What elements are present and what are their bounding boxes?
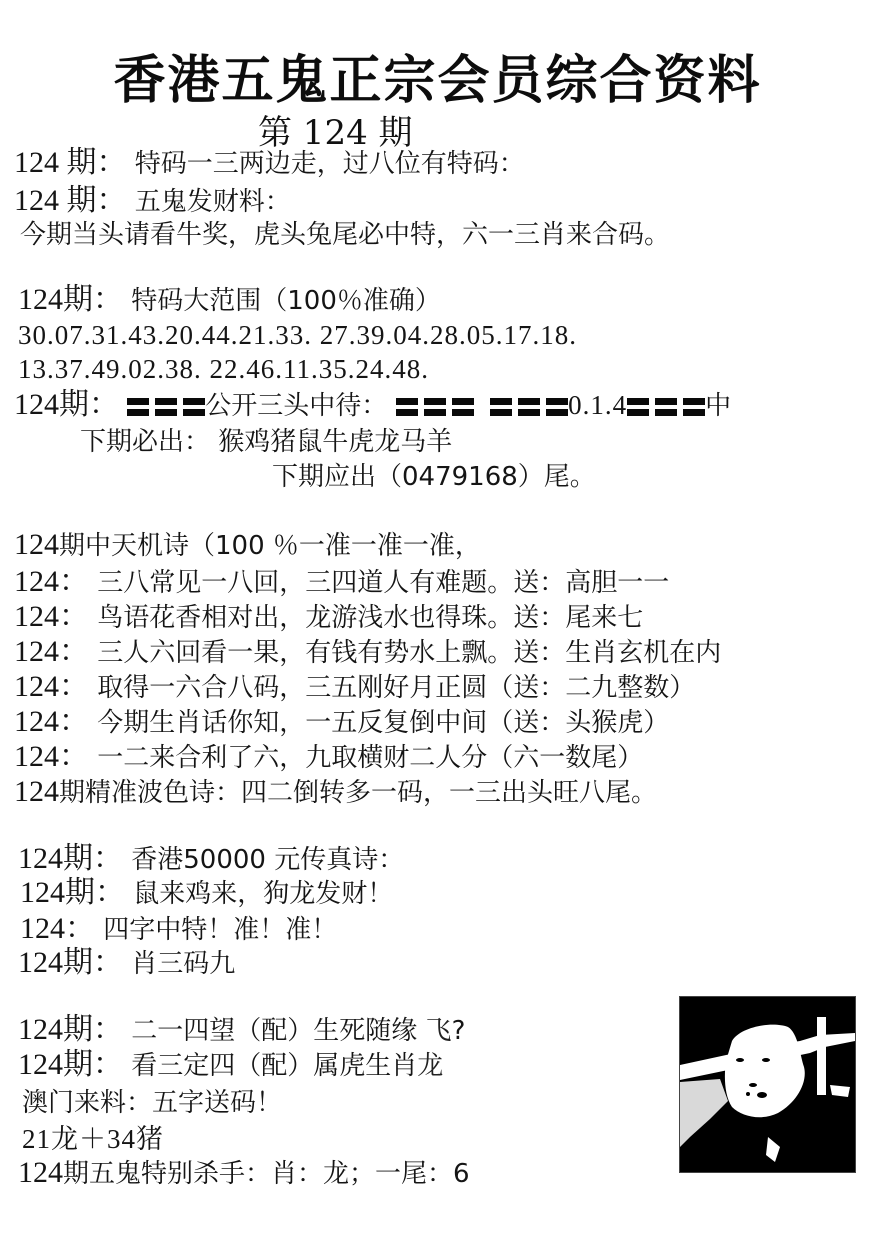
tiger-zodiac-line: 124期： 看三定四（配）属虎生肖龙 bbox=[18, 1048, 443, 1083]
fax-poem-line: 124期： 鼠来鸡来，狗龙发财！ bbox=[20, 876, 393, 911]
zodiac-list: 猴鸡猪鼠牛虎龙马羊 bbox=[218, 427, 452, 457]
line-prefix: 124 bbox=[14, 528, 59, 561]
line-prefix: 124期： bbox=[14, 388, 119, 421]
line-text: 肖三码九 bbox=[131, 949, 235, 979]
line-prefix: 124期： bbox=[18, 1048, 123, 1081]
line-prefix: 124期： bbox=[20, 876, 125, 909]
line-suffix: 中 bbox=[705, 391, 731, 421]
question-mark: ? bbox=[452, 1016, 466, 1046]
wave-color-poem: 124期精准波色诗：四二倒转多一码，一三出头旺八尾。 bbox=[14, 775, 657, 810]
macau-source-line: 澳门来料：五字送码！ bbox=[22, 1086, 282, 1120]
line-prefix: 124 期： bbox=[14, 184, 127, 217]
line-text: 一二来合利了六，九取横财二人分（六一数尾） bbox=[97, 743, 643, 773]
redacted-block-icon bbox=[127, 398, 205, 416]
line-prefix: 124： bbox=[14, 600, 89, 633]
line-prefix: 124期： bbox=[18, 946, 123, 979]
line-text: 二一四望（配）生死随缘 bbox=[131, 1016, 417, 1046]
poem-line: 124： 取得一六合八码，三五刚好月正圆（送：二九整数） bbox=[14, 670, 695, 705]
next-period-must-line: 下期必出： 猴鸡猪鼠牛虎龙马羊 bbox=[80, 425, 452, 459]
poem-line: 124： 今期生肖话你知，一五反复倒中间（送：头猴虎） bbox=[14, 705, 669, 740]
poem-line: 124： 三八常见一八回，三四道人有难题。送：高胆一一 bbox=[14, 565, 669, 600]
line-text: 期五鬼特别杀手：肖：龙；一尾：6 bbox=[63, 1159, 470, 1189]
three-heads-line: 124期： 公开三头中待： 0.1.4中 bbox=[14, 388, 731, 423]
line-text: 取得一六合八码，三五刚好月正圆（送：二九整数） bbox=[97, 673, 695, 703]
special-code-line: 124 期： 特码一三两边走，过八位有特码： bbox=[14, 146, 525, 181]
redacted-block-icon bbox=[490, 398, 568, 416]
line-prefix: 124期： bbox=[18, 842, 123, 875]
line-prefix: 124： bbox=[14, 635, 89, 668]
line-label: 下期必出： bbox=[80, 427, 210, 457]
poem-line: 124： 鸟语花香相对出，龙游浅水也得珠。送：尾来七 bbox=[14, 600, 643, 635]
line-text: 特码大范围（100％准确） bbox=[131, 286, 441, 316]
line-prefix: 124期： bbox=[18, 283, 123, 316]
portrait-photo bbox=[679, 996, 856, 1173]
line-prefix: 124： bbox=[14, 740, 89, 773]
portrait-photo-icon bbox=[680, 997, 855, 1172]
line-text: 期精准波色诗：四二倒转多一码，一三出头旺八尾。 bbox=[59, 778, 657, 808]
redacted-block-icon bbox=[627, 398, 705, 416]
line-text: 三八常见一八回，三四道人有难题。送：高胆一一 bbox=[97, 568, 669, 598]
line-text: 五鬼发财料： bbox=[135, 187, 291, 217]
handwritten-mark: 龙 bbox=[417, 1051, 443, 1081]
five-ghost-line: 124 期： 五鬼发财料： bbox=[14, 184, 291, 219]
line-prefix: 124 bbox=[18, 1156, 63, 1189]
current-period-hint: 今期当头请看牛奖，虎头兔尾必中特，六一三肖来合码。 bbox=[20, 218, 670, 252]
line-text: 特码一三两边走，过八位有特码： bbox=[135, 149, 525, 179]
poem-heading: 124期中天机诗（100 ％一准一准一准， bbox=[14, 528, 481, 563]
line-text: 鼠来鸡来，狗龙发财！ bbox=[133, 879, 393, 909]
line-text: 三人六回看一果，有钱有势水上飘。送：生肖玄机在内 bbox=[97, 638, 721, 668]
numbers-row-2: 13.37.49.02.38. 22.46.11.35.24.48. bbox=[18, 352, 429, 386]
poem-line: 124： 一二来合利了六，九取横财二人分（六一数尾） bbox=[14, 740, 643, 775]
next-period-tail-line: 下期应出（0479168）尾。 bbox=[272, 460, 596, 494]
numbers-row-1: 30.07.31.43.20.44.21.33. 27.39.04.28.05.… bbox=[18, 318, 577, 352]
line-text: 香港50000 元传真诗： bbox=[131, 845, 404, 875]
tail-digits: 0.1.4 bbox=[568, 390, 627, 420]
line-prefix: 124： bbox=[14, 670, 89, 703]
dragon-pig-line: 21龙＋34猪 bbox=[22, 1122, 164, 1156]
line-text: 鸟语花香相对出，龙游浅水也得珠。送：尾来七 bbox=[97, 603, 643, 633]
line-prefix: 124： bbox=[14, 705, 89, 738]
line-prefix: 124 bbox=[14, 775, 59, 808]
line-prefix: 124 期： bbox=[14, 146, 127, 179]
fax-poem-line: 124： 四字中特！准！准！ bbox=[20, 912, 337, 947]
line-text: 公开三头中待： bbox=[205, 391, 387, 421]
fax-poem-heading: 124期： 香港50000 元传真诗： bbox=[18, 842, 404, 877]
document-title: 香港五鬼正宗会员综合资料 bbox=[0, 38, 875, 113]
special-killer-line: 124期五鬼特别杀手：肖：龙；一尾：6 bbox=[18, 1156, 470, 1191]
range-heading: 124期： 特码大范围（100％准确） bbox=[18, 283, 441, 318]
poem-line: 124： 三人六回看一果，有钱有势水上飘。送：生肖玄机在内 bbox=[14, 635, 721, 670]
line-prefix: 124期： bbox=[18, 1013, 123, 1046]
line-prefix: 124： bbox=[20, 912, 95, 945]
line-text: 今期生肖话你知，一五反复倒中间（送：头猴虎） bbox=[97, 708, 669, 738]
line-prefix: 124： bbox=[14, 565, 89, 598]
fax-poem-line: 124期： 肖三码九 bbox=[18, 946, 235, 981]
line-text: 四字中特！准！准！ bbox=[103, 915, 337, 945]
line-text: 期中天机诗（100 ％一准一准一准， bbox=[59, 531, 481, 561]
fate-line: 124期： 二一四望（配）生死随缘 飞? bbox=[18, 1013, 465, 1048]
redacted-block-icon bbox=[396, 398, 474, 416]
line-text: 看三定四（配）属虎生肖 bbox=[131, 1051, 417, 1081]
handwritten-mark: 飞 bbox=[426, 1016, 452, 1046]
